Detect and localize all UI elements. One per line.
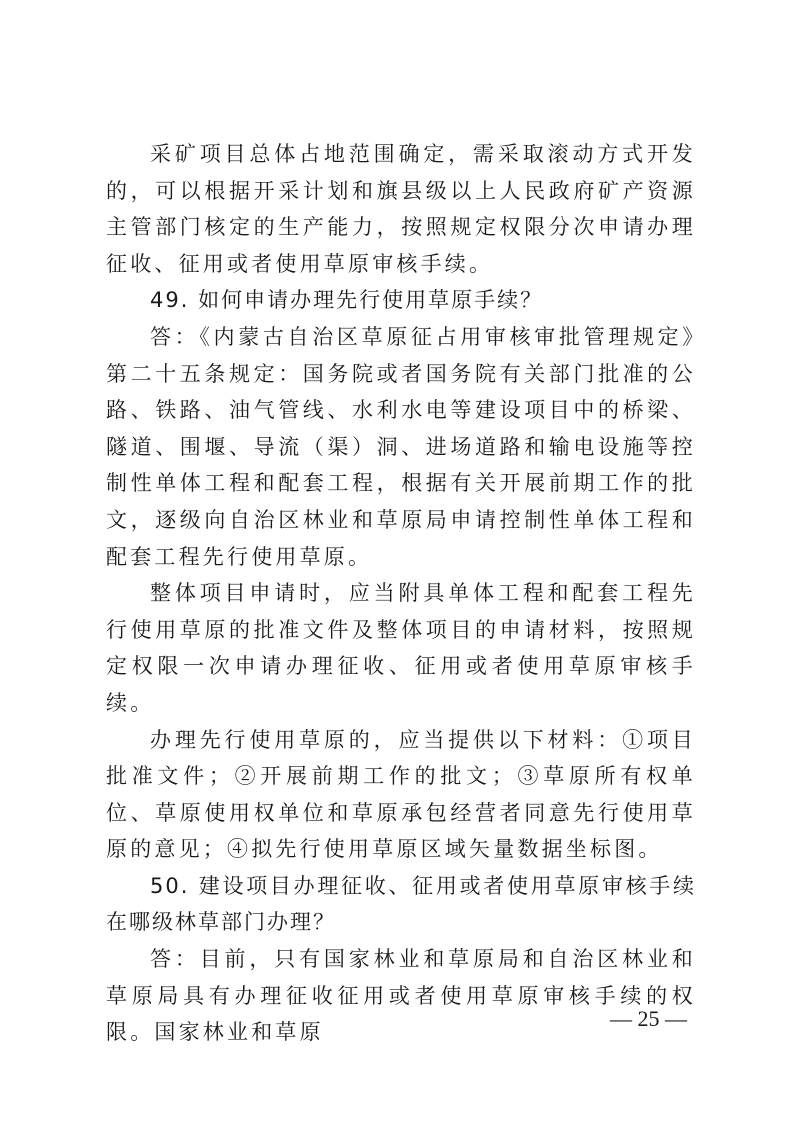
question-49-heading: 49. 如何申请办理先行使用草原手续？	[106, 282, 696, 319]
question-50-heading: 50. 建设项目办理征收、征用或者使用草原审核手续在哪级林草部门办理？	[106, 868, 696, 941]
document-page: 采矿项目总体占地范围确定，需采取滚动方式开发的，可以根据开采计划和旗县级以上人民…	[0, 0, 800, 1131]
answer-49-materials-list: 办理先行使用草原的，应当提供以下材料：①项目批准文件；②开展前期工作的批文；③草…	[106, 722, 696, 868]
answer-50-paragraph: 答：目前，只有国家林业和草原局和自治区林业和草原局具有办理征收征用或者使用草原审…	[106, 941, 696, 1051]
answer-49-paragraph-1: 答：《内蒙古自治区草原征占用审核审批管理规定》第二十五条规定：国务院或者国务院有…	[106, 319, 696, 575]
paragraph-mining-phased: 采矿项目总体占地范围确定，需采取滚动方式开发的，可以根据开采计划和旗县级以上人民…	[106, 136, 696, 282]
answer-49-paragraph-2: 整体项目申请时，应当附具单体工程和配套工程先行使用草原的批准文件及整体项目的申请…	[106, 575, 696, 721]
page-number: — 25 —	[610, 1006, 687, 1032]
page-body: 采矿项目总体占地范围确定，需采取滚动方式开发的，可以根据开采计划和旗县级以上人民…	[106, 136, 696, 1051]
